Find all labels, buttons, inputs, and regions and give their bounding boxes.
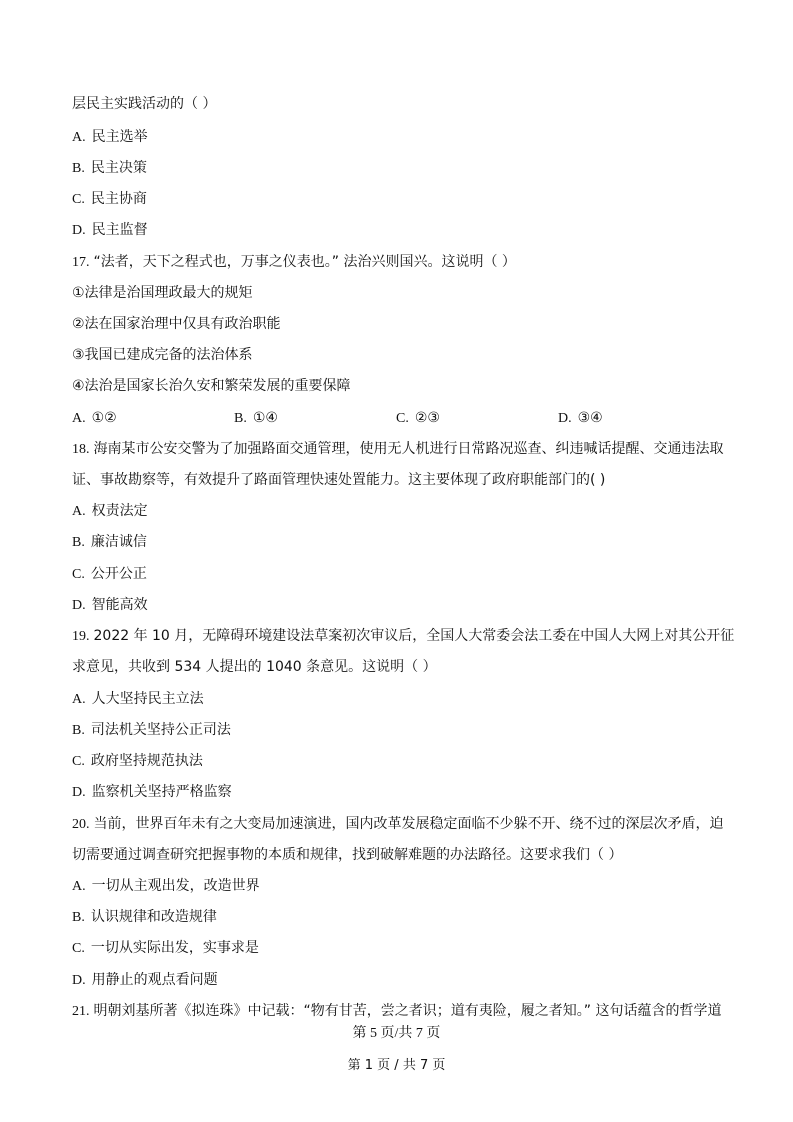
question-text: 明朝刘基所著《拟连珠》中记载：“物有甘苦，尝之者识；道有夷险，履之者知。” 这句… — [94, 1003, 722, 1019]
q18-option-b: B.廉洁诚信 — [72, 533, 147, 552]
q19-option-b: B.司法机关坚持公正司法 — [72, 721, 231, 740]
option-letter: D. — [72, 973, 86, 988]
option-letter: D. — [558, 411, 572, 426]
option-text: 民主协商 — [91, 191, 147, 207]
q21-stem-line-1: 21.明朝刘基所著《拟连珠》中记载：“物有甘苦，尝之者识；道有夷险，履之者知。”… — [72, 1002, 721, 1021]
option-text: 公开公正 — [91, 566, 147, 582]
option-text: ③④ — [578, 410, 603, 426]
option-text: 用静止的观点看问题 — [92, 972, 218, 988]
option-letter: A. — [72, 130, 86, 145]
document-page: 层民主实践活动的（ ） A.民主选举 B.民主决策 C.民主协商 D.民主监督 … — [0, 0, 793, 1122]
q19-stem-line-1: 19.2022 年 10 月，无障碍环境建设法草案初次审议后，全国人大常委会法工… — [72, 627, 734, 646]
inner-page-number: 第 5 页/共 7 页 — [0, 1025, 793, 1043]
option-letter: B. — [72, 910, 85, 925]
option-letter: C. — [72, 192, 85, 207]
q16-option-a: A.民主选举 — [72, 128, 148, 147]
q20-option-c: C.一切从实际出发，实事求是 — [72, 939, 259, 958]
option-text: ②③ — [415, 410, 440, 426]
q18-option-c: C.公开公正 — [72, 565, 147, 584]
option-text: 廉洁诚信 — [91, 534, 147, 550]
option-letter: C. — [72, 567, 85, 582]
question-number: 20. — [72, 817, 90, 832]
q17-statement-4: ④法治是国家长治久安和繁荣发展的重要保障 — [72, 377, 351, 395]
q18-stem-line-1: 18.海南某市公安交警为了加强路面交通管理，使用无人机进行日常路况巡查、纠违喊话… — [72, 440, 724, 459]
option-letter: A. — [72, 692, 86, 707]
q16-stem-tail: 层民主实践活动的（ ） — [72, 95, 216, 113]
q17-choice-a: A.①② — [72, 409, 117, 428]
option-text: 一切从实际出发，实事求是 — [91, 940, 259, 956]
option-text: 监察机关坚持严格监察 — [92, 784, 232, 800]
option-text: 权责法定 — [92, 503, 148, 519]
option-letter: C. — [72, 941, 85, 956]
question-number: 19. — [72, 629, 90, 644]
option-letter: A. — [72, 411, 86, 426]
q19-option-d: D.监察机关坚持严格监察 — [72, 783, 232, 802]
option-letter: D. — [72, 598, 86, 613]
option-letter: A. — [72, 879, 86, 894]
option-text: 民主选举 — [92, 129, 148, 145]
outer-page-number: 第 1 页 / 共 7 页 — [0, 1058, 793, 1074]
q17-choice-d: D.③④ — [558, 409, 603, 428]
question-number: 17. — [72, 255, 90, 270]
option-letter: D. — [72, 223, 86, 238]
question-number: 21. — [72, 1004, 90, 1019]
q17-choice-c: C.②③ — [396, 409, 440, 428]
q16-option-c: C.民主协商 — [72, 190, 147, 209]
q18-stem-line-2: 证、事故勘察等，有效提升了路面管理快速处置能力。这主要体现了政府职能部门的( ) — [72, 471, 605, 489]
option-text: 政府坚持规范执法 — [91, 753, 203, 769]
option-text: ①② — [92, 410, 117, 426]
option-text: ①④ — [253, 410, 278, 426]
option-text: 人大坚持民主立法 — [92, 691, 204, 707]
option-letter: B. — [72, 723, 85, 738]
option-letter: D. — [72, 785, 86, 800]
q17-choice-b: B.①④ — [234, 409, 278, 428]
q19-stem-line-2: 求意见，共收到 534 人提出的 1040 条意见。这说明（ ） — [72, 658, 437, 676]
option-text: 司法机关坚持公正司法 — [91, 722, 231, 738]
q16-option-d: D.民主监督 — [72, 221, 148, 240]
q20-stem-line-1: 20.当前，世界百年未有之大变局加速演进，国内改革发展稳定面临不少躲不开、绕不过… — [72, 815, 724, 834]
option-letter: A. — [72, 504, 86, 519]
q20-option-a: A.一切从主观出发，改造世界 — [72, 877, 260, 896]
question-text: “法者，天下之程式也，万事之仪表也。” 法治兴则国兴。这说明（ ） — [94, 254, 516, 270]
q20-stem-line-2: 切需要通过调查研究把握事物的本质和规律，找到破解难题的办法路径。这要求我们（ ） — [72, 846, 622, 864]
option-letter: C. — [72, 754, 85, 769]
question-text: 2022 年 10 月，无障碍环境建设法草案初次审议后，全国人大常委会法工委在中… — [94, 628, 735, 644]
q16-option-b: B.民主决策 — [72, 159, 147, 178]
option-text: 认识规律和改造规律 — [91, 909, 217, 925]
q20-option-d: D.用静止的观点看问题 — [72, 971, 218, 990]
option-letter: B. — [234, 411, 247, 426]
question-number: 18. — [72, 442, 90, 457]
q18-option-a: A.权责法定 — [72, 502, 148, 521]
q17-statement-3: ③我国已建成完备的法治体系 — [72, 346, 253, 364]
q17-choices: A.①② B.①④ C.②③ D.③④ — [72, 409, 732, 427]
option-letter: C. — [396, 411, 409, 426]
option-letter: B. — [72, 161, 85, 176]
q19-option-c: C.政府坚持规范执法 — [72, 752, 203, 771]
q19-option-a: A.人大坚持民主立法 — [72, 690, 204, 709]
option-text: 民主决策 — [91, 160, 147, 176]
q17-stem: 17.“法者，天下之程式也，万事之仪表也。” 法治兴则国兴。这说明（ ） — [72, 253, 516, 272]
q17-statement-1: ①法律是治国理政最大的规矩 — [72, 284, 253, 302]
q17-statement-2: ②法在国家治理中仅具有政治职能 — [72, 315, 281, 333]
option-text: 一切从主观出发，改造世界 — [92, 878, 260, 894]
q20-option-b: B.认识规律和改造规律 — [72, 908, 217, 927]
option-text: 民主监督 — [92, 222, 148, 238]
option-text: 智能高效 — [92, 597, 148, 613]
q18-option-d: D.智能高效 — [72, 596, 148, 615]
question-text: 当前，世界百年未有之大变局加速演进，国内改革发展稳定面临不少躲不开、绕不过的深层… — [94, 816, 724, 832]
question-text: 海南某市公安交警为了加强路面交通管理，使用无人机进行日常路况巡查、纠违喊话提醒、… — [94, 441, 724, 457]
option-letter: B. — [72, 535, 85, 550]
